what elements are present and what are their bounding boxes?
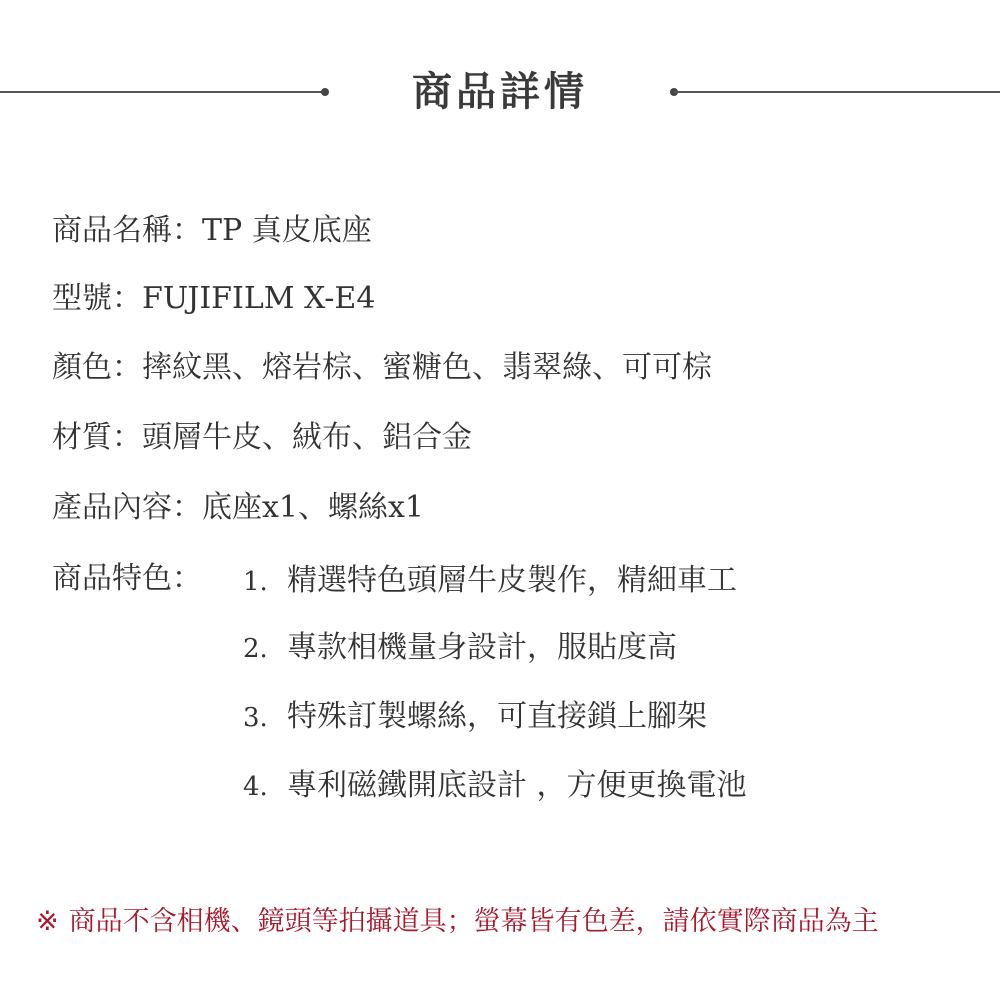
spec-label: 材質：	[52, 420, 142, 455]
spec-row-colors: 顏色：摔紋黑、熔岩棕、蜜糖色、翡翠綠、可可棕	[52, 348, 712, 388]
feature-number: 1.	[243, 562, 287, 602]
spec-value: TP 真皮底座	[202, 213, 372, 248]
features-label: 商品特色：	[52, 559, 202, 599]
spec-row-material: 材質：頭層牛皮、絨布、鋁合金	[52, 418, 472, 458]
spec-value: FUJIFILM X-E4	[142, 281, 375, 316]
feature-number: 4.	[243, 767, 287, 807]
spec-row-product-name: 商品名稱：TP 真皮底座	[52, 211, 372, 251]
spec-label: 商品名稱：	[52, 213, 202, 248]
spec-label: 顏色：	[52, 350, 142, 385]
spec-row-model: 型號：FUJIFILM X-E4	[52, 279, 375, 319]
disclaimer-note: ※商品不含相機、鏡頭等拍攝道具；螢幕皆有色差，請依實際商品為主	[36, 902, 879, 942]
spec-value: 摔紋黑、熔岩棕、蜜糖色、翡翠綠、可可棕	[142, 350, 712, 385]
feature-text: 專款相機量身設計，服貼度高	[287, 630, 677, 665]
feature-item: 3.特殊訂製螺絲，可直接鎖上腳架	[243, 697, 707, 738]
spec-value: 頭層牛皮、絨布、鋁合金	[142, 420, 472, 455]
spec-label: 型號：	[52, 281, 142, 316]
feature-item: 2.專款相機量身設計，服貼度高	[243, 628, 677, 669]
feature-item: 4.專利磁鐵開底設計 ，方便更換電池	[243, 766, 747, 807]
header-divider-right	[674, 91, 1000, 93]
feature-text: 精選特色頭層牛皮製作，精細車工	[287, 563, 737, 598]
spec-value: 底座x1、螺絲x1	[202, 490, 424, 525]
feature-text: 特殊訂製螺絲，可直接鎖上腳架	[287, 699, 707, 734]
feature-item: 1.精選特色頭層牛皮製作，精細車工	[243, 561, 737, 602]
spec-label: 產品內容：	[52, 490, 202, 525]
spec-row-contents: 產品內容：底座x1、螺絲x1	[52, 488, 424, 528]
disclaimer-text: 商品不含相機、鏡頭等拍攝道具；螢幕皆有色差，請依實際商品為主	[69, 906, 879, 937]
feature-number: 3.	[243, 698, 287, 738]
feature-text: 專利磁鐵開底設計 ，方便更換電池	[287, 768, 747, 803]
feature-number: 2.	[243, 629, 287, 669]
reference-mark-icon: ※	[36, 902, 59, 942]
